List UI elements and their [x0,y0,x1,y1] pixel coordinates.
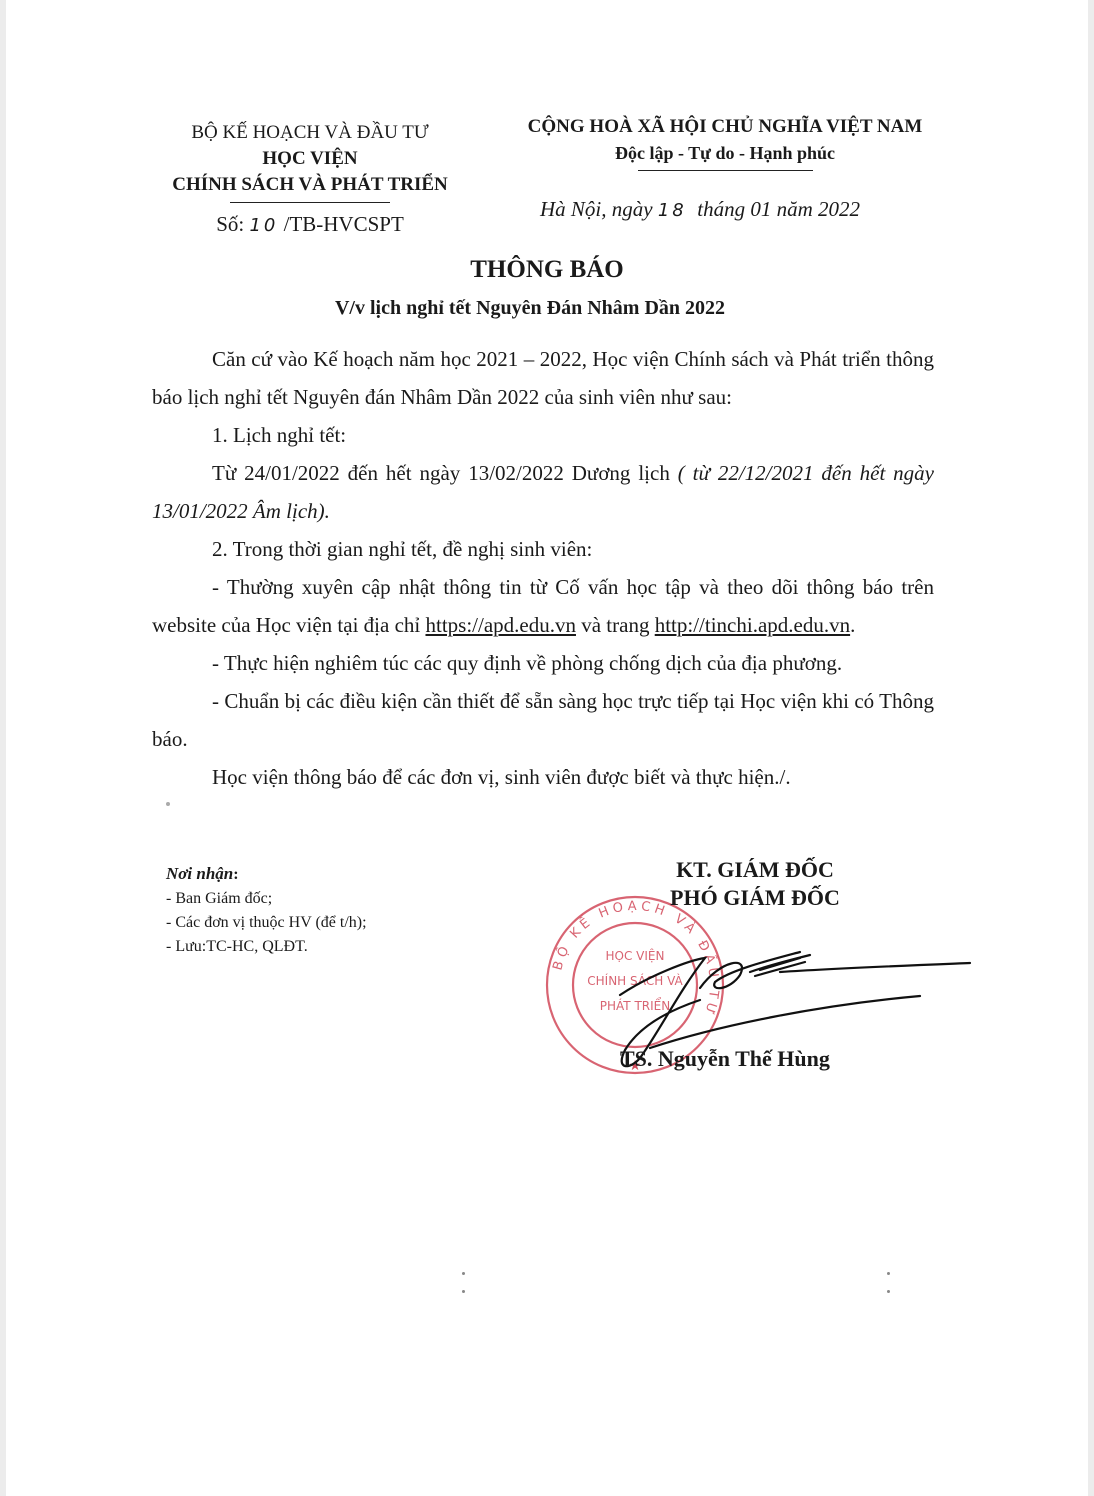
speck [887,1272,890,1275]
institution-line2: CHÍNH SÁCH VÀ PHÁT TRIỂN [150,172,470,198]
bullet-2: - Thực hiện nghiêm túc các quy định về p… [152,644,934,682]
section1-paragraph: Từ 24/01/2022 đến hết ngày 13/02/2022 Dư… [152,454,934,530]
date-month-label: tháng [697,197,745,221]
tinchi-website-link[interactable]: http://tinchi.apd.edu.vn [655,613,850,637]
recipients-label-text: Nơi nhận [166,864,233,883]
section2-heading: 2. Trong thời gian nghỉ tết, đề nghị sin… [152,530,934,568]
page-edge-left [0,0,6,1496]
speck [166,802,170,806]
document-body: Căn cứ vào Kế hoạch năm học 2021 – 2022,… [152,340,934,796]
section1-heading: 1. Lịch nghỉ tết: [152,416,934,454]
issuer-header: BỘ KẾ HOẠCH VÀ ĐẦU TƯ HỌC VIỆN CHÍNH SÁC… [150,120,470,239]
national-header: CỘNG HOÀ XÃ HỘI CHỦ NGHĨA VIỆT NAM Độc l… [500,114,950,171]
number-suffix: /TB-HVCSPT [284,212,404,236]
country-name: CỘNG HOÀ XÃ HỘI CHỦ NGHĨA VIỆT NAM [500,114,950,140]
closing-paragraph: Học viện thông báo để các đơn vị, sinh v… [152,758,934,796]
page-edge-right [1088,0,1094,1496]
bullet1-mid: và trang [581,613,649,637]
recipient-item: - Lưu:TC-HC, QLĐT. [166,935,367,959]
date-day: 18 [658,200,687,221]
date-year: năm 2022 [777,197,860,221]
recipient-item: - Các đơn vị thuộc HV (để t/h); [166,911,367,935]
speck [462,1272,465,1275]
recipient-item: - Ban Giám đốc; [166,887,367,911]
signer-position: PHÓ GIÁM ĐỐC [630,884,880,912]
date-line: Hà Nội, ngày 18 tháng 01 năm 2022 [540,197,860,222]
bullet1-end: . [850,613,855,637]
document-number: Số: 10 /TB-HVCSPT [150,211,470,239]
number-label: Số: [216,212,244,236]
institution-line1: HỌC VIỆN [150,146,470,172]
signer-name: TS. Nguyễn Thế Hùng [620,1046,830,1072]
document-title: THÔNG BÁO [0,256,1094,284]
ministry-name: BỘ KẾ HOẠCH VÀ ĐẦU TƯ [150,120,470,146]
header-left-rule [230,202,390,203]
date-prefix: Hà Nội, ngày [540,197,653,221]
apd-website-link[interactable]: https://apd.edu.vn [425,613,576,637]
speck [462,1290,465,1293]
speck [887,1290,890,1293]
bullet-1: - Thường xuyên cập nhật thông tin từ Cố … [152,568,934,644]
signer-authority: KT. GIÁM ĐỐC [630,856,880,884]
bullet-3: - Chuẩn bị các điều kiện cần thiết để sẵ… [152,682,934,758]
national-motto: Độc lập - Tự do - Hạnh phúc [500,140,950,166]
intro-paragraph: Căn cứ vào Kế hoạch năm học 2021 – 2022,… [152,340,934,416]
number-handwritten: 10 [249,215,278,236]
recipients-block: Nơi nhận: - Ban Giám đốc; - Các đơn vị t… [166,862,367,959]
date-month: 01 [750,197,771,221]
recipients-label: Nơi nhận: [166,862,367,887]
section1-solar-dates: Từ 24/01/2022 đến hết ngày 13/02/2022 Dư… [212,461,670,485]
header-right-rule [638,170,813,171]
signature-block: KT. GIÁM ĐỐC PHÓ GIÁM ĐỐC [630,856,880,912]
document-subtitle: V/v lịch nghỉ tết Nguyên Đán Nhâm Dần 20… [0,297,1060,320]
